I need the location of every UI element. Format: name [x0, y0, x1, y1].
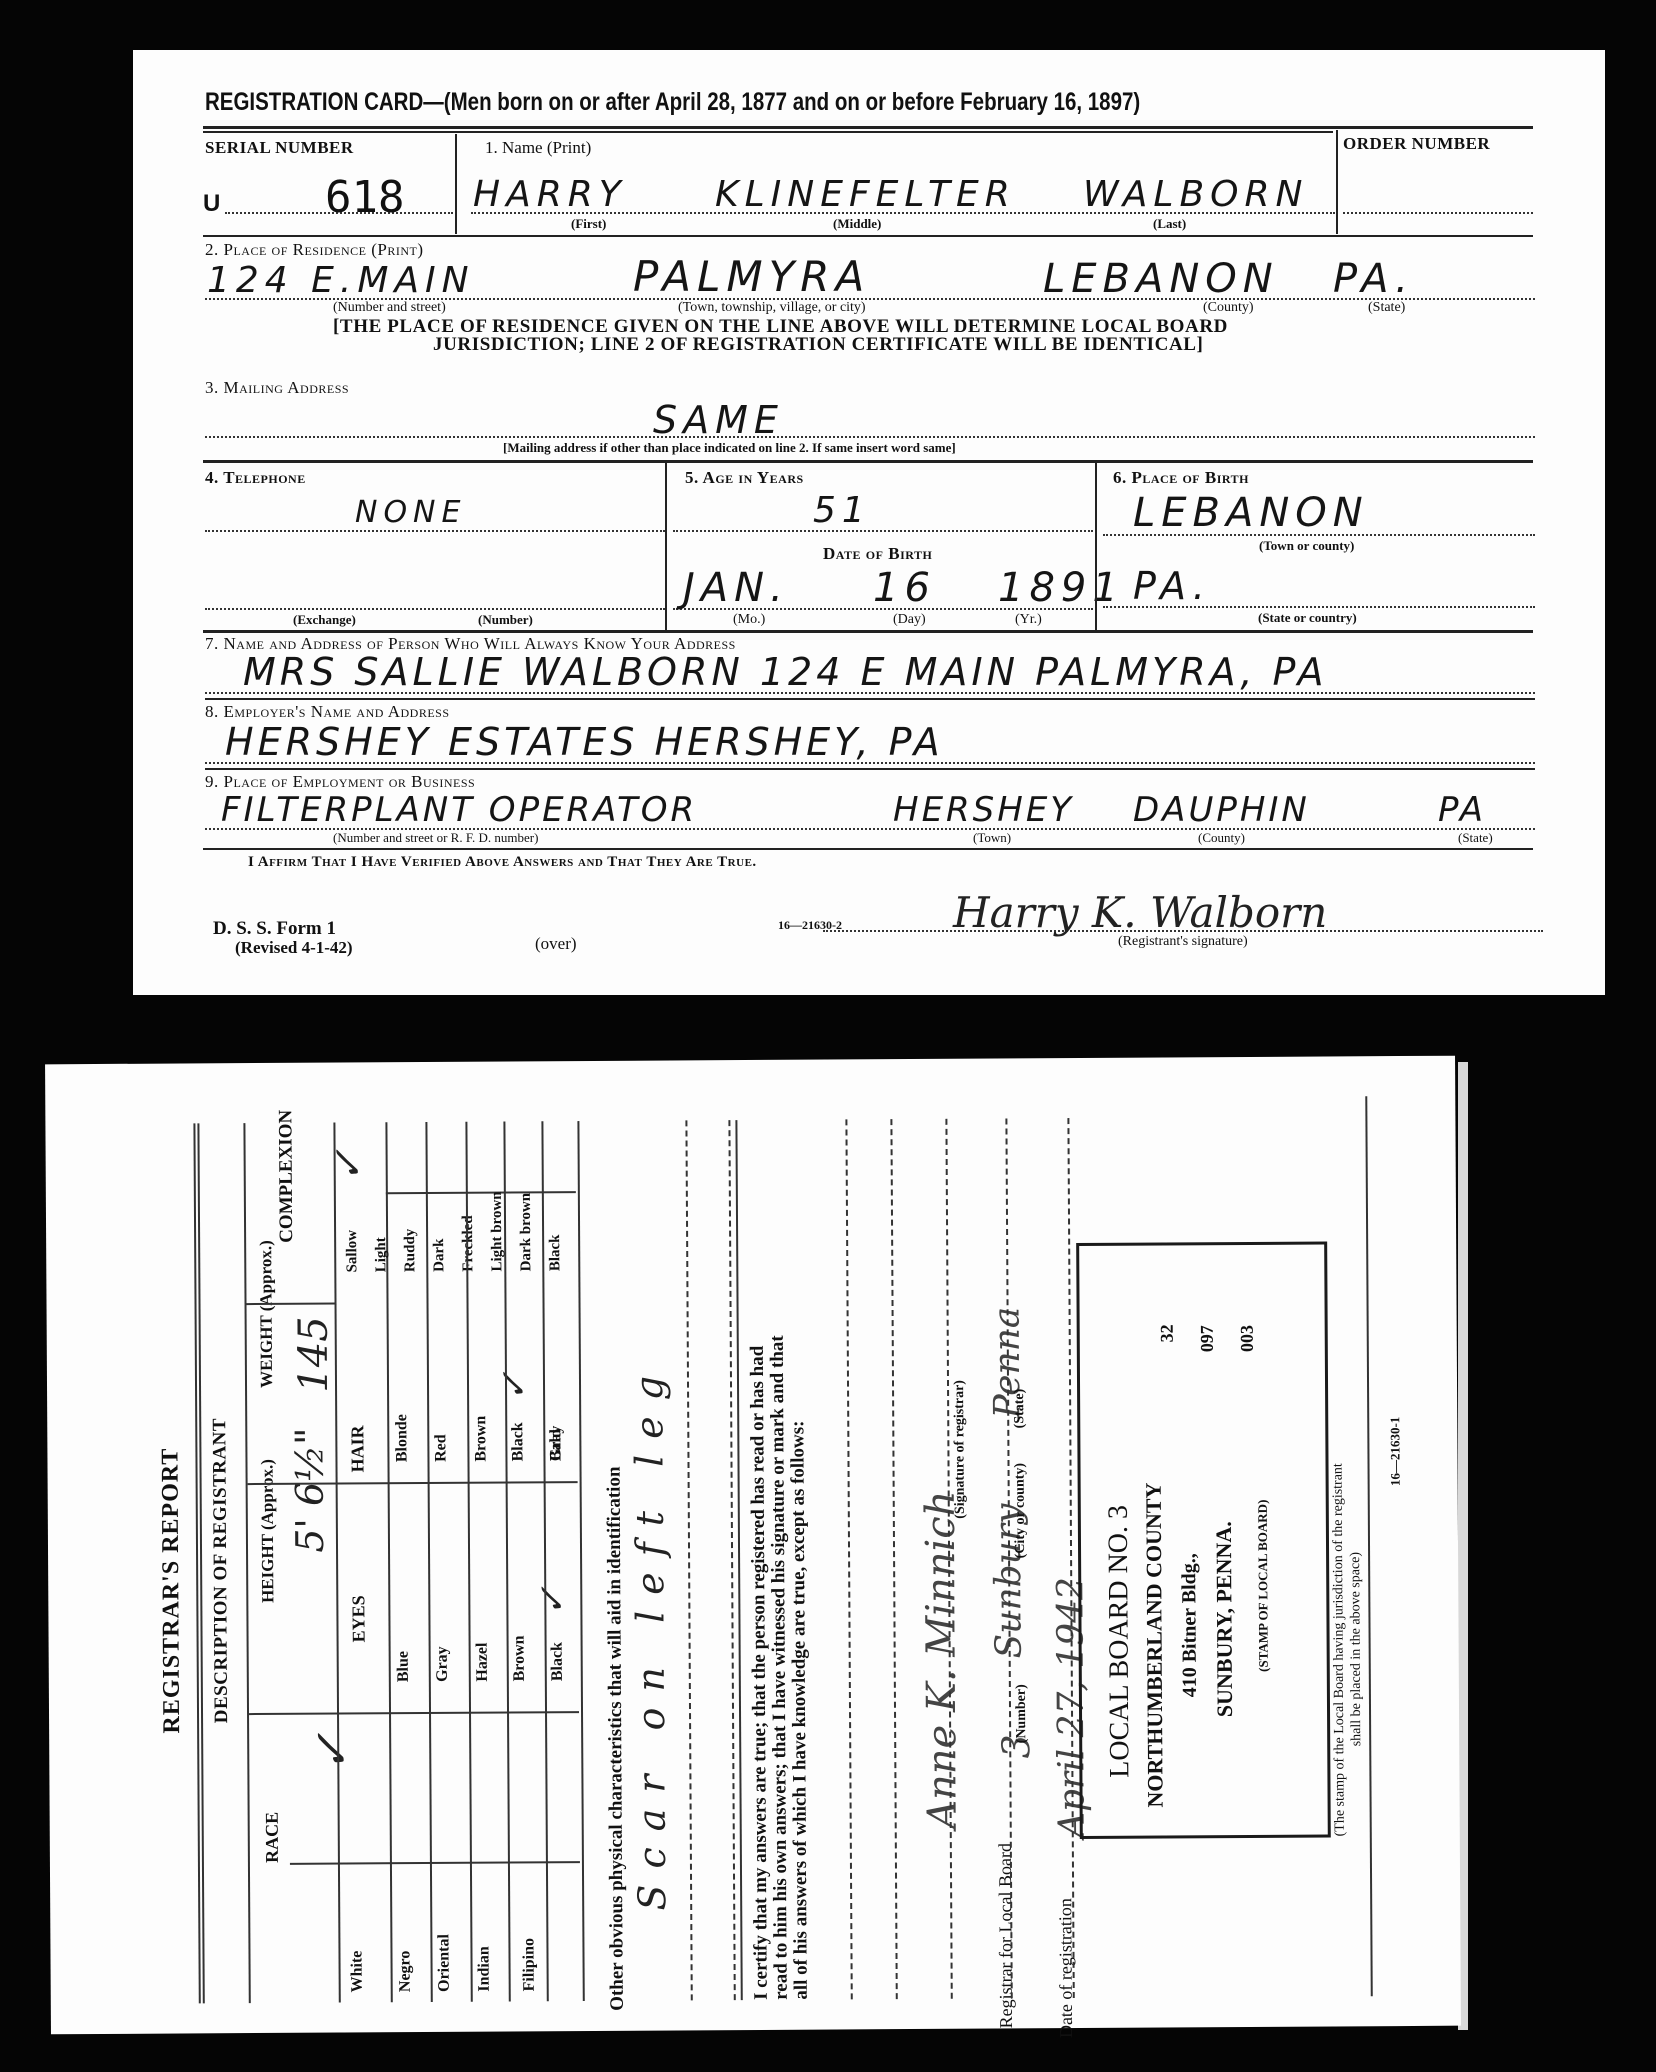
residence-street-value: 124 E.MAIN: [207, 260, 475, 301]
eyes-option: Blue: [395, 1651, 413, 1682]
registrar-signature: Anne K. Minnich: [918, 1490, 966, 1829]
residence-label: 2. Place of Residence (Print): [205, 240, 423, 260]
hair-option: Brown: [472, 1416, 490, 1462]
hair-option: Bald: [547, 1429, 565, 1461]
stamp-line-3: 410 Bitner Bldg.,: [1178, 1553, 1202, 1697]
stamp-caption: (STAMP OF LOCAL BOARD): [1255, 1500, 1272, 1672]
hair-option: Black: [509, 1422, 527, 1461]
eyes-option: Brown: [511, 1635, 529, 1681]
employment-label: 9. Place of Employment or Business: [205, 772, 475, 792]
dob-day-caption: (Day): [893, 612, 926, 628]
dob-year-caption: (Yr.): [1015, 612, 1042, 628]
employment-county-caption: (County): [1198, 830, 1245, 846]
form-revised: (Revised 4-1-42): [235, 938, 353, 958]
race-option: Indian: [475, 1946, 493, 1991]
dob-year-value: 1891: [998, 565, 1124, 611]
hair-option: Red: [432, 1434, 450, 1462]
eyes-brown-check: ✓: [532, 1586, 573, 1616]
eyes-option: Gray: [434, 1646, 452, 1682]
employer-label: 8. Employer's Name and Address: [205, 702, 450, 722]
residence-state-value: PA.: [1333, 256, 1414, 302]
eyes-header: EYES: [348, 1595, 369, 1642]
telephone-value: NONE: [355, 495, 466, 530]
report-title: REGISTRAR'S REPORT: [157, 1448, 186, 1734]
eyes-option: Hazel: [474, 1643, 492, 1682]
race-option: White: [348, 1951, 366, 1993]
residence-county-value: LEBANON: [1043, 256, 1279, 302]
employment-town-value: HERSHEY: [893, 790, 1074, 830]
complexion-header: COMPLEXION: [275, 1110, 298, 1243]
date-of-birth-label: Date of Birth: [823, 544, 932, 564]
over-note: (over): [535, 934, 577, 954]
employment-county-value: DAUPHIN: [1133, 790, 1310, 830]
height-header: HEIGHT (Approx.): [257, 1459, 278, 1603]
employment-state-value: PA: [1438, 790, 1486, 830]
stamp-code-3: 003: [1237, 1325, 1258, 1352]
complexion-option: Dark brown: [518, 1193, 535, 1272]
name-middle-caption: (Middle): [833, 216, 881, 232]
back-form-code: 16—21630-1: [1387, 1417, 1403, 1486]
name-last-caption: (Last): [1153, 216, 1186, 232]
race-header: RACE: [262, 1812, 283, 1863]
complexion-option: Dark: [431, 1239, 448, 1272]
age-value: 51: [813, 490, 871, 531]
race-option: Filipino: [520, 1938, 538, 1991]
section-title: DESCRIPTION OF REGISTRANT: [209, 1418, 233, 1723]
registrar-signature-caption: (Signature of registrar): [952, 1380, 969, 1519]
other-characteristics-label: Other obvious physical characteristics t…: [604, 1466, 629, 2010]
contact-value: MRS SALLIE WALBORN 124 E MAIN PALMYRA, P…: [243, 650, 1328, 694]
registrant-signature: Harry K. Walborn: [953, 888, 1327, 937]
stamp-line-2: NORTHUMBERLAND COUNTY: [1141, 1483, 1169, 1808]
race-option: Oriental: [435, 1934, 453, 1992]
form-name: D. S. S. Form 1: [213, 918, 336, 940]
mailing-address-value: SAME: [653, 398, 784, 442]
grid-line: [503, 1122, 510, 2002]
stamp-line-1: LOCAL BOARD NO. 3: [1103, 1505, 1137, 1778]
employment-state-caption: (State): [1458, 830, 1493, 846]
residence-street-caption: (Number and street): [333, 300, 446, 316]
dob-month-value: JAN.: [683, 565, 789, 611]
telephone-label: 4. Telephone: [205, 468, 306, 488]
stamp-line-4: SUNBURY, PENNA.: [1211, 1521, 1238, 1717]
birthplace-state-caption: (State or country): [1258, 610, 1357, 626]
telephone-number-caption: (Number): [478, 612, 533, 628]
hair-option: Blonde: [393, 1414, 411, 1462]
employment-town-caption: (Town): [973, 830, 1011, 846]
dob-month-caption: (Mo.): [733, 612, 765, 628]
eyes-option: Black: [549, 1642, 567, 1681]
residence-county-caption: (County): [1203, 300, 1254, 316]
hair-header: HAIR: [347, 1425, 368, 1472]
serial-prefix: U: [203, 190, 220, 218]
weight-value: 145: [291, 1316, 337, 1393]
place-of-birth-label: 6. Place of Birth: [1113, 468, 1249, 488]
stamp-note-1: (The stamp of the Local Board having jur…: [1331, 1463, 1349, 1836]
certify-line-3: all of his answers of which I have knowl…: [787, 1421, 813, 2000]
notice-line-2: JURISDICTION; LINE 2 OF REGISTRATION CER…: [433, 334, 1203, 356]
complexion-option: Light: [373, 1237, 390, 1272]
order-number-label: ORDER NUMBER: [1343, 134, 1490, 154]
board-number-caption: (Number): [1014, 1684, 1030, 1743]
signature-caption: (Registrant's signature): [1118, 934, 1248, 950]
serial-number-value: 618: [325, 172, 404, 223]
stamp-code-1: 32: [1157, 1324, 1178, 1342]
employment-street-value: FILTERPLANT OPERATOR: [221, 790, 697, 830]
other-characteristics-value: Scar on left leg: [627, 1360, 674, 1911]
board-city-caption: (City or county): [1013, 1463, 1030, 1559]
birthplace-state-value: PA.: [1133, 564, 1211, 608]
employer-value: HERSHEY ESTATES HERSHEY, PA: [225, 720, 944, 764]
telephone-exchange-caption: (Exchange): [293, 612, 356, 628]
stamp-note-2: shall be placed in the above space): [1348, 1552, 1365, 1746]
complexion-option: Black: [547, 1234, 564, 1271]
card-title: REGISTRATION CARD—(Men born on or after …: [205, 88, 1140, 117]
name-middle-value: KLINEFELTER: [715, 174, 1016, 215]
complexion-option: Ruddy: [402, 1229, 419, 1272]
employment-street-caption: (Number and street or R. F. D. number): [333, 830, 538, 846]
board-state-caption: (State): [1012, 1389, 1028, 1429]
residence-state-caption: (State): [1368, 300, 1405, 316]
registration-card-front: REGISTRATION CARD—(Men born on or after …: [133, 50, 1605, 995]
dob-day-value: 16: [873, 565, 936, 611]
registrar-label: Registrar for Local Board: [995, 1843, 1017, 2029]
name-first-caption: (First): [571, 216, 606, 232]
mailing-address-label: 3. Mailing Address: [205, 378, 349, 398]
stamp-code-2: 097: [1197, 1325, 1218, 1352]
complexion-light-check: ✓: [326, 1149, 372, 1183]
age-label: 5. Age in Years: [685, 468, 804, 488]
weight-header: WEIGHT (Approx.): [256, 1240, 277, 1388]
name-first-value: HARRY: [473, 174, 627, 215]
height-value: 5' 6½": [287, 1427, 332, 1552]
residence-town-value: PALMYRA: [633, 252, 870, 301]
name-last-value: WALBORN: [1083, 174, 1308, 215]
birthplace-town-caption: (Town or county): [1259, 538, 1354, 554]
complexion-option: Freckled: [460, 1215, 477, 1271]
birthplace-town-value: LEBANON: [1133, 490, 1369, 536]
name-label: 1. Name (Print): [485, 138, 591, 158]
race-white-check: ✓: [304, 1732, 360, 1773]
mailing-address-caption: [Mailing address if other than place ind…: [503, 440, 956, 456]
race-option: Negro: [396, 1951, 414, 1993]
affirm-statement: I Affirm That I Have Verified Above Answ…: [248, 854, 757, 871]
hair-brown-check: ✓: [494, 1371, 535, 1401]
residence-town-caption: (Town, township, village, or city): [678, 300, 866, 316]
serial-number-label: SERIAL NUMBER: [205, 138, 354, 158]
complexion-option: Sallow: [344, 1230, 361, 1273]
registrars-report-back: REGISTRAR'S REPORT DESCRIPTION OF REGIST…: [45, 1056, 1461, 2035]
